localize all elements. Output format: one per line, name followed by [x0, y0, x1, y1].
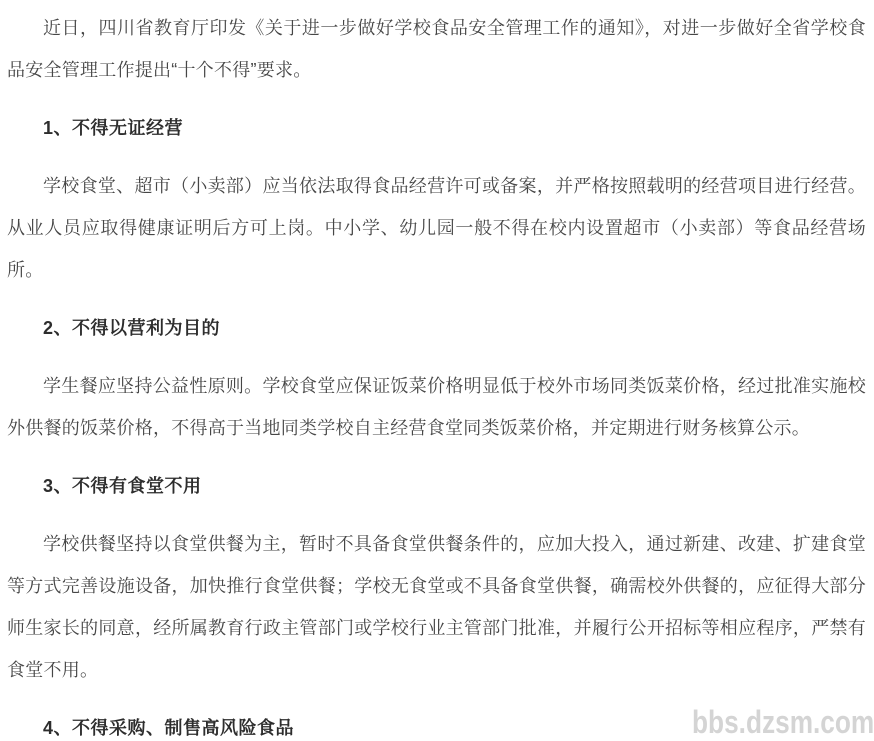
site-watermark: bbs.dzsm.com — [692, 706, 874, 738]
section-1-body: 学校食堂、超市（小卖部）应当依法取得食品经营许可或备案，并严格按照载明的经营项目… — [7, 165, 866, 291]
section-1-heading: 1、不得无证经营 — [7, 107, 866, 149]
intro-paragraph: 近日，四川省教育厅印发《关于进一步做好学校食品安全管理工作的通知》，对进一步做好… — [7, 7, 866, 91]
section-2-body: 学生餐应坚持公益性原则。学校食堂应保证饭菜价格明显低于校外市场同类饭菜价格，经过… — [7, 365, 866, 449]
section-2-heading: 2、不得以营利为目的 — [7, 307, 866, 349]
section-3-heading: 3、不得有食堂不用 — [7, 465, 866, 507]
article-content: 近日，四川省教育厅印发《关于进一步做好学校食品安全管理工作的通知》，对进一步做好… — [0, 0, 874, 741]
section-3-body: 学校供餐坚持以食堂供餐为主，暂时不具备食堂供餐条件的，应加大投入，通过新建、改建… — [7, 523, 866, 691]
